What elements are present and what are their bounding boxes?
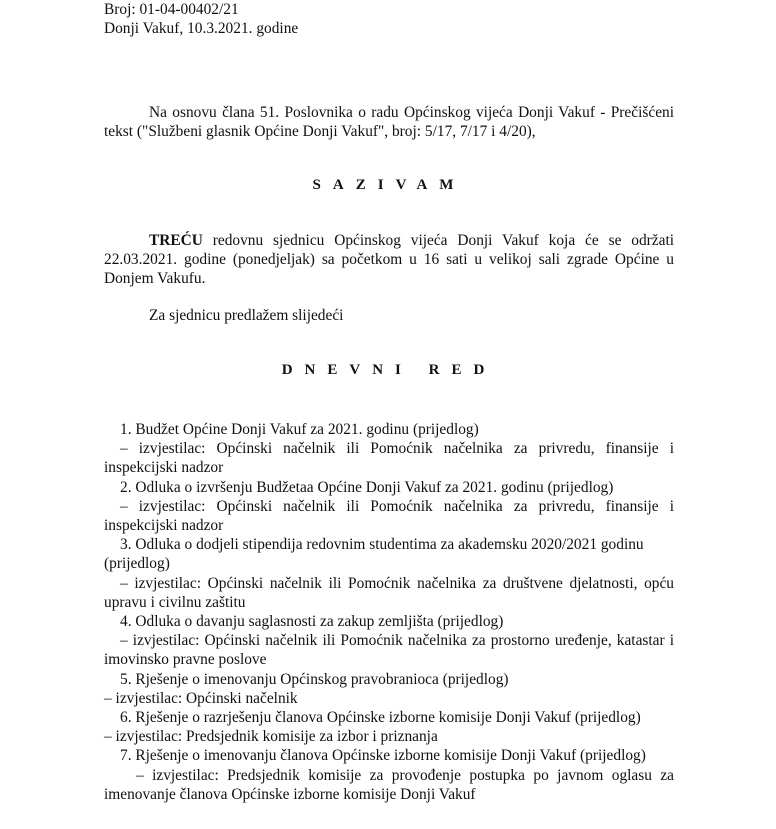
agenda-item-title: 3. Odluka o dodjeli stipendija redovnim … [104, 535, 674, 573]
agenda-item-reporter: – izvjestilac: Općinski načelnik [104, 689, 674, 708]
document-number: Broj: 01-04-00402/21 [104, 0, 674, 19]
agenda-item-title: 2. Odluka o izvršenju Budžetaa Općine Do… [104, 478, 674, 497]
agenda-item-title: 6. Rješenje o razrješenju članova Općins… [104, 708, 674, 727]
agenda-item: 3. Odluka o dodjeli stipendija redovnim … [104, 535, 674, 612]
agenda-item: 6. Rješenje o razrješenju članova Općins… [104, 708, 674, 746]
document-header: Broj: 01-04-00402/21 Donji Vakuf, 10.3.2… [104, 0, 674, 38]
agenda-item-reporter: – izvjestilac: Predsjednik komisije za p… [104, 766, 674, 804]
proposal-line: Za sjednicu predlažem slijedeći [104, 306, 674, 325]
convene-heading: SAZIVAM [104, 176, 674, 195]
agenda-item-reporter: – izvjestilac: Općinski načelnik ili Pom… [104, 631, 674, 669]
agenda-heading: DNEVNI RED [104, 361, 674, 380]
agenda-item-reporter: – izvjestilac: Općinski načelnik ili Pom… [104, 439, 674, 477]
session-ordinal: TREĆU [149, 232, 203, 249]
agenda-item-title: 7. Rješenje o imenovanju članova Općinsk… [104, 746, 674, 765]
agenda-item-title: 4. Odluka o davanju saglasnosti za zakup… [104, 612, 674, 631]
agenda-item: 7. Rješenje o imenovanju članova Općinsk… [104, 746, 674, 804]
agenda-item-title: 1. Budžet Općine Donji Vakuf za 2021. go… [104, 420, 674, 439]
preamble-paragraph: Na osnovu člana 51. Poslovnika o radu Op… [104, 103, 674, 141]
agenda-item-title: 5. Rješenje o imenovanju Općinskog pravo… [104, 670, 674, 689]
agenda-item: 4. Odluka o davanju saglasnosti za zakup… [104, 612, 674, 670]
agenda-item: 5. Rješenje o imenovanju Općinskog pravo… [104, 670, 674, 708]
agenda-item-reporter: – izvjestilac: Predsjednik komisije za i… [104, 727, 674, 746]
session-paragraph: TREĆU redovnu sjednicu Općinskog vijeća … [104, 231, 674, 289]
agenda-item-reporter: – izvjestilac: Općinski načelnik ili Pom… [104, 497, 674, 535]
agenda-item: 1. Budžet Općine Donji Vakuf za 2021. go… [104, 420, 674, 478]
agenda-item-reporter: – izvjestilac: Općinski načelnik ili Pom… [104, 574, 674, 612]
document-place-date: Donji Vakuf, 10.3.2021. godine [104, 19, 674, 38]
agenda-list: 1. Budžet Općine Donji Vakuf za 2021. go… [104, 420, 674, 804]
agenda-item: 2. Odluka o izvršenju Budžetaa Općine Do… [104, 478, 674, 536]
